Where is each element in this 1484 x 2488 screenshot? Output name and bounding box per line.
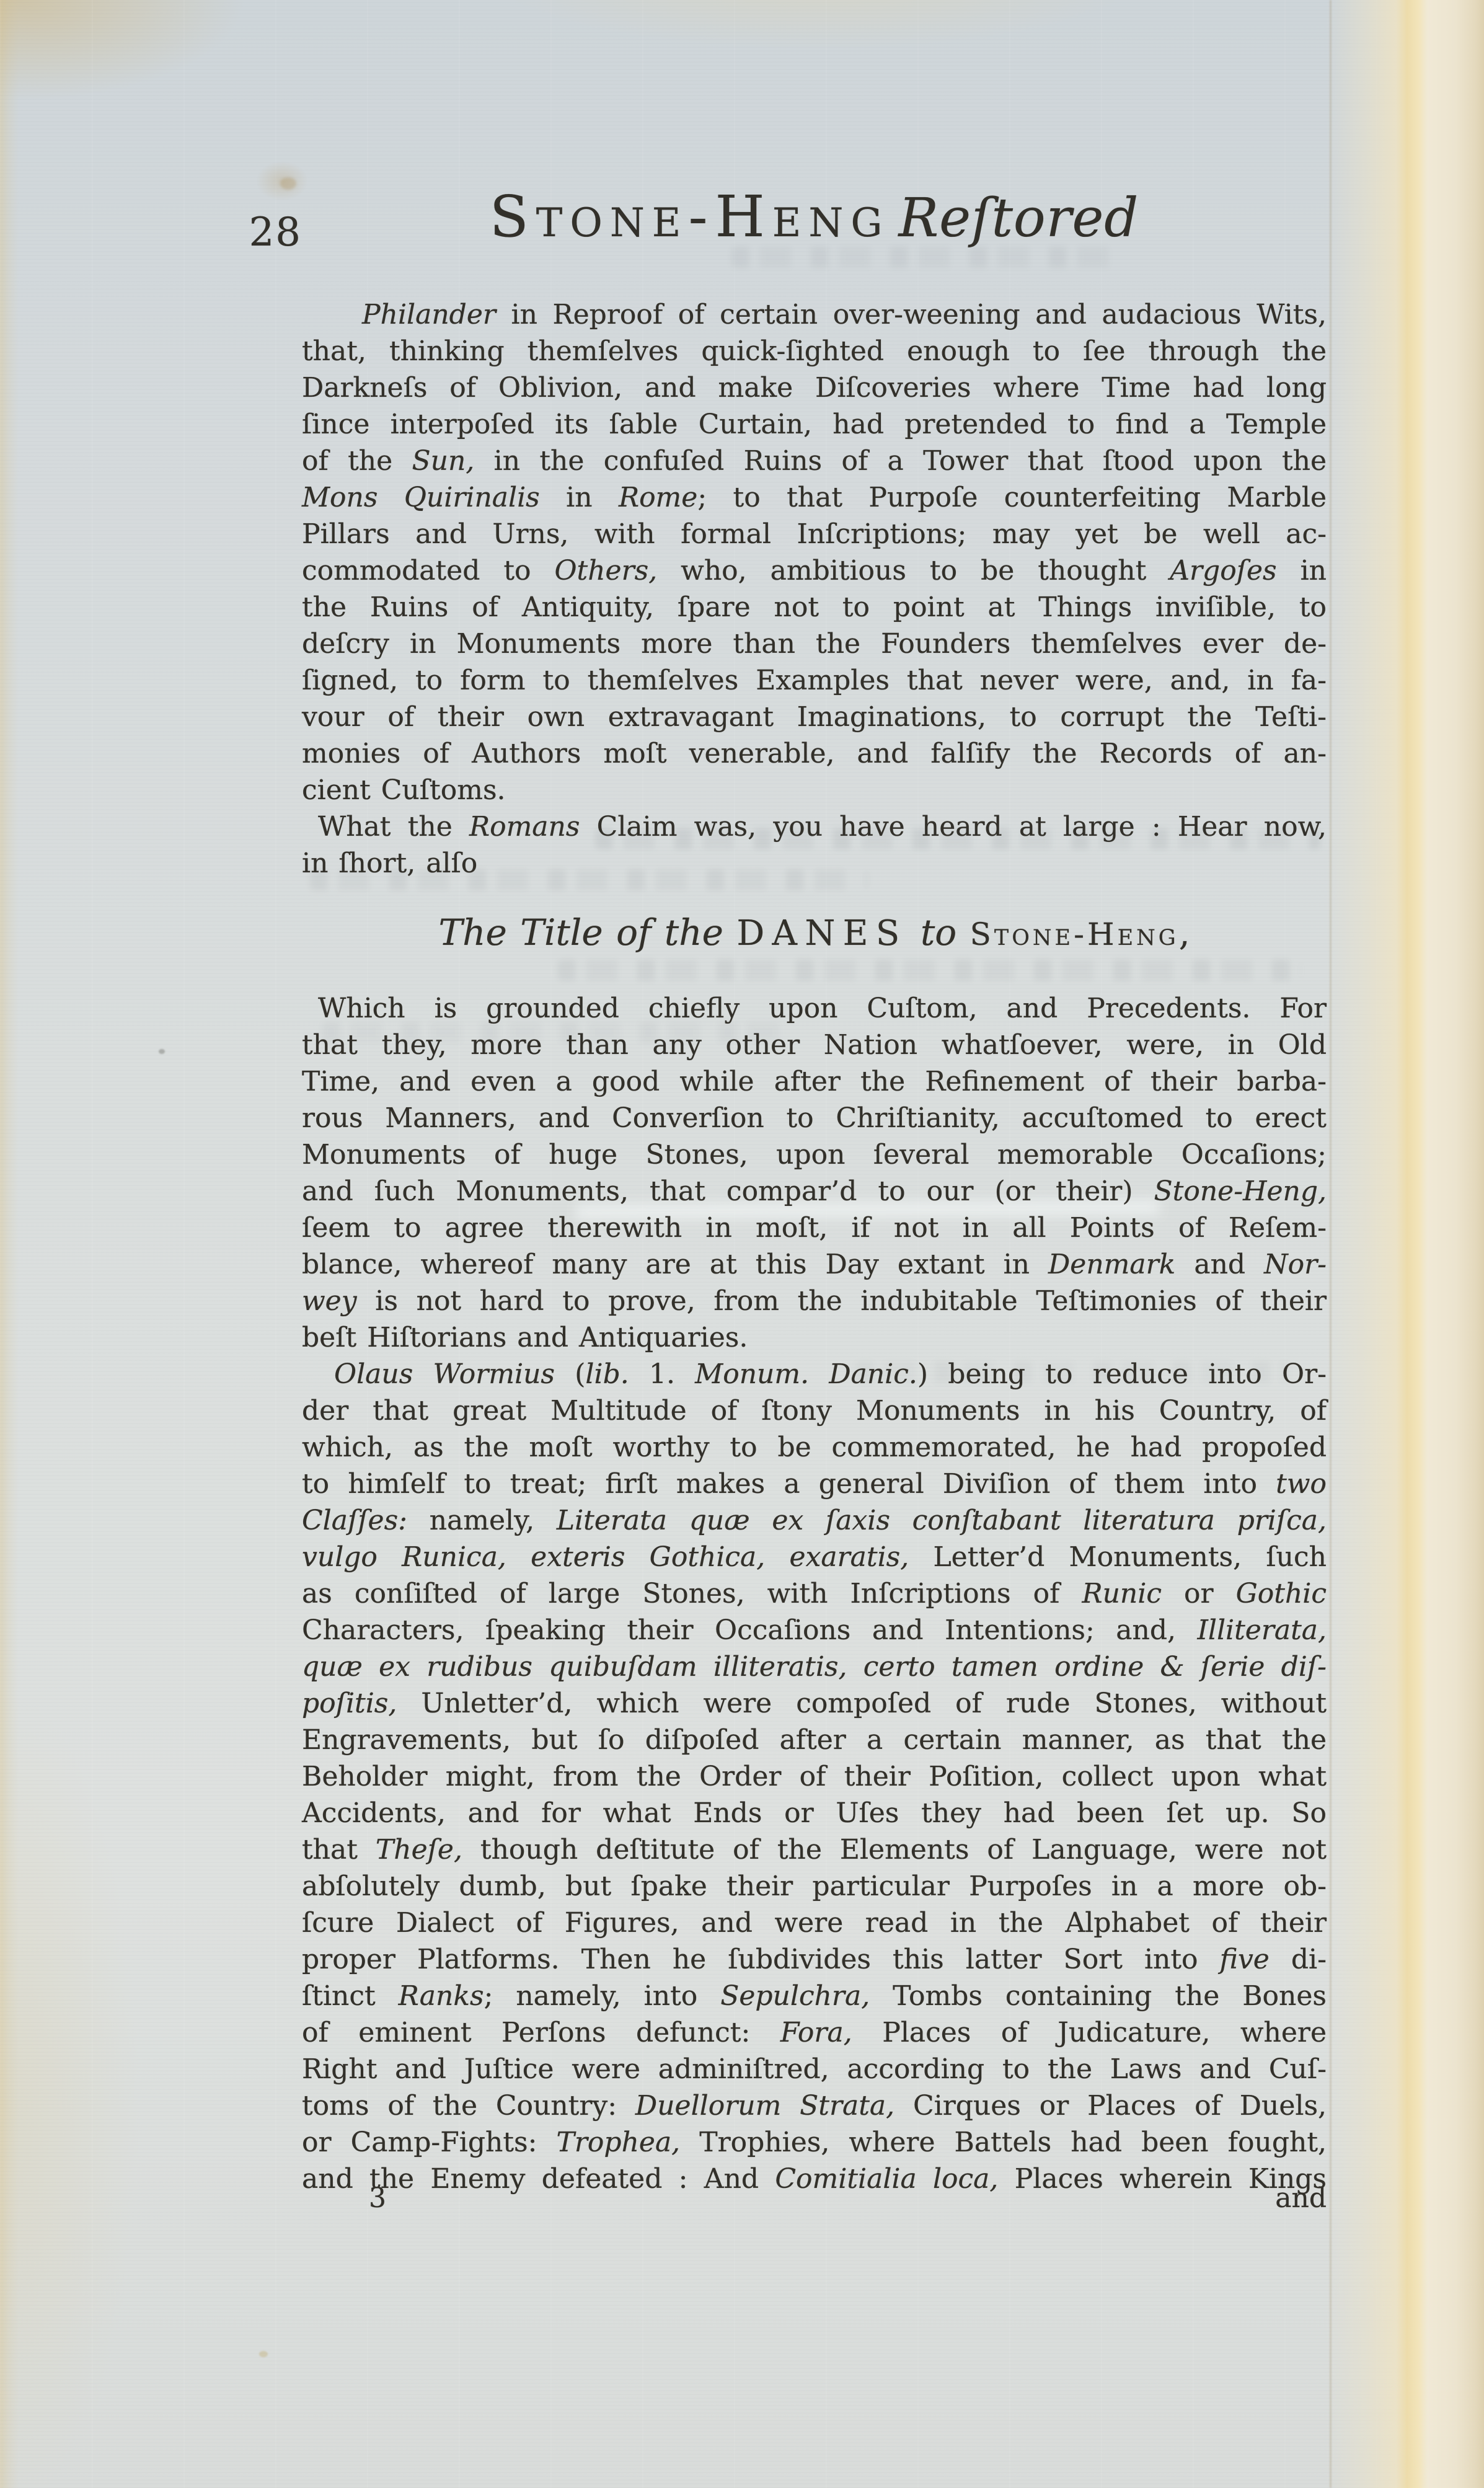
text-line: that, thinking themſelves quick-ſighted … xyxy=(302,333,1327,370)
book-page-scan: 28 Stone-HengReſtored Philander in Repro… xyxy=(0,0,1484,2488)
text-line: wey is not hard to prove, from the indub… xyxy=(302,1283,1327,1319)
text-line: commodated to Others, who, ambitious to … xyxy=(302,552,1327,589)
text-line: or Camp-Fights: Trophea, Trophies, where… xyxy=(302,2124,1327,2161)
text-line: Engravements, but ſo diſpoſed after a ce… xyxy=(302,1722,1327,1758)
text-line: that Theſe, though deſtitute of the Elem… xyxy=(302,1831,1327,1868)
running-title-suffix: Reſtored xyxy=(898,187,1139,249)
text-line: toms of the Country: Duellorum Strata, C… xyxy=(302,2087,1327,2124)
text-line: beſt Hiſtorians and Antiquaries. xyxy=(302,1319,1327,1356)
text-line: monies of Authors moſt venerable, and fa… xyxy=(302,735,1327,772)
text-line: rous Manners, and Converſion to Chriſtia… xyxy=(302,1100,1327,1136)
page-edge-right xyxy=(1327,0,1484,2488)
paragraph: Which is grounded chiefly upon Cuſtom, a… xyxy=(302,990,1327,1356)
text-line: Characters, ſpeaking their Occaſions and… xyxy=(302,1612,1327,1649)
text-line: Olaus Wormius (lib. 1. Monum. Danic.) be… xyxy=(302,1356,1327,1392)
text-line: Time, and even a good while after the Re… xyxy=(302,1063,1327,1100)
text-line: ſince interpoſed its ſable Curtain, had … xyxy=(302,406,1327,443)
text-line: proper Platforms. Then he ſubdivides thi… xyxy=(302,1941,1327,1978)
text-line: of eminent Perſons defunct: Fora, Places… xyxy=(302,2014,1327,2051)
text-line: as conſiſted of large Stones, with Inſcr… xyxy=(302,1575,1327,1612)
text-line: cient Cuſtoms. xyxy=(302,772,1327,808)
text-line: Monuments of huge Stones, upon ſeveral m… xyxy=(302,1136,1327,1173)
text-column: Philander in Reproof of certain over-wee… xyxy=(302,296,1327,2197)
text-line: the Ruins of Antiquity, ſpare not to poi… xyxy=(302,589,1327,626)
paragraph: Olaus Wormius (lib. 1. Monum. Danic.) be… xyxy=(302,1356,1327,2197)
text-line: deſcry in Monuments more than the Founde… xyxy=(302,626,1327,662)
text-line: Which is grounded chiefly upon Cuſtom, a… xyxy=(302,990,1327,1027)
text-line: ſcure Dialect of Figures, and were read … xyxy=(302,1905,1327,1941)
foxing-spot xyxy=(259,2351,268,2357)
page-number: 28 xyxy=(205,211,302,254)
foxing-spot xyxy=(159,1049,165,1054)
text-line: that they, more than any other Nation wh… xyxy=(302,1027,1327,1063)
signature-mark: 3 xyxy=(369,2180,386,2216)
foxing-spot xyxy=(280,177,296,190)
text-line: blance, whereof many are at this Day ext… xyxy=(302,1246,1327,1283)
text-line: vulgo Runica, exteris Gothica, exaratis,… xyxy=(302,1539,1327,1575)
text-line: poſitis, Unletter’d, which were compoſed… xyxy=(302,1685,1327,1722)
text-line: vour of their own extravagant Imaginatio… xyxy=(302,699,1327,735)
text-line: Mons Quirinalis in Rome; to that Purpoſe… xyxy=(302,479,1327,516)
text-line: which, as the moſt worthy to be commemor… xyxy=(302,1429,1327,1466)
text-line: Pillars and Urns, with formal Inſcriptio… xyxy=(302,516,1327,552)
text-line: of the Sun, in the confuſed Ruins of a T… xyxy=(302,443,1327,479)
text-line: abſolutely dumb, but ſpake their particu… xyxy=(302,1868,1327,1905)
page-footer: 3 and xyxy=(302,2180,1327,2216)
text-line: in ſhort, alſo xyxy=(302,845,1327,882)
text-line: Right and Juſtice were adminiſtred, acco… xyxy=(302,2051,1327,2087)
text-line: to himſelf to treat; firſt makes a gener… xyxy=(302,1466,1327,1502)
text-line: Darkneſs of Oblivion, and make Diſcoveri… xyxy=(302,370,1327,406)
text-line: Philander in Reproof of certain over-wee… xyxy=(302,296,1327,333)
text-line: ſeem to agree therewith in moſt, if not … xyxy=(302,1210,1327,1246)
text-line: quæ ex rudibus quibuſdam illiteratis, ce… xyxy=(302,1649,1327,1685)
text-line: der that great Multitude of ſtony Monume… xyxy=(302,1392,1327,1429)
running-title: Stone-HengReſtored xyxy=(302,184,1327,250)
bleed-through-smudge xyxy=(731,247,1128,268)
text-line: What the Romans Claim was, you have hear… xyxy=(302,808,1327,845)
text-line: Accidents, and for what Ends or Uſes the… xyxy=(302,1795,1327,1831)
text-line: and ſuch Monuments, that compar’d to our… xyxy=(302,1173,1327,1210)
text-line: ſigned, to form to themſelves Examples t… xyxy=(302,662,1327,699)
text-line: Beholder might, from the Order of their … xyxy=(302,1758,1327,1795)
text-line: Claſſes: namely, Literata quæ ex ſaxis c… xyxy=(302,1502,1327,1539)
running-title-main: Stone-Heng xyxy=(490,184,890,250)
paragraph: What the Romans Claim was, you have hear… xyxy=(302,808,1327,882)
catchword: and xyxy=(1275,2180,1327,2216)
paragraph: Philander in Reproof of certain over-wee… xyxy=(302,296,1327,808)
section-heading: The Title of the DANES to Stone-Heng, xyxy=(302,908,1327,959)
text-line: ſtinct Ranks; namely, into Sepulchra, To… xyxy=(302,1978,1327,2014)
